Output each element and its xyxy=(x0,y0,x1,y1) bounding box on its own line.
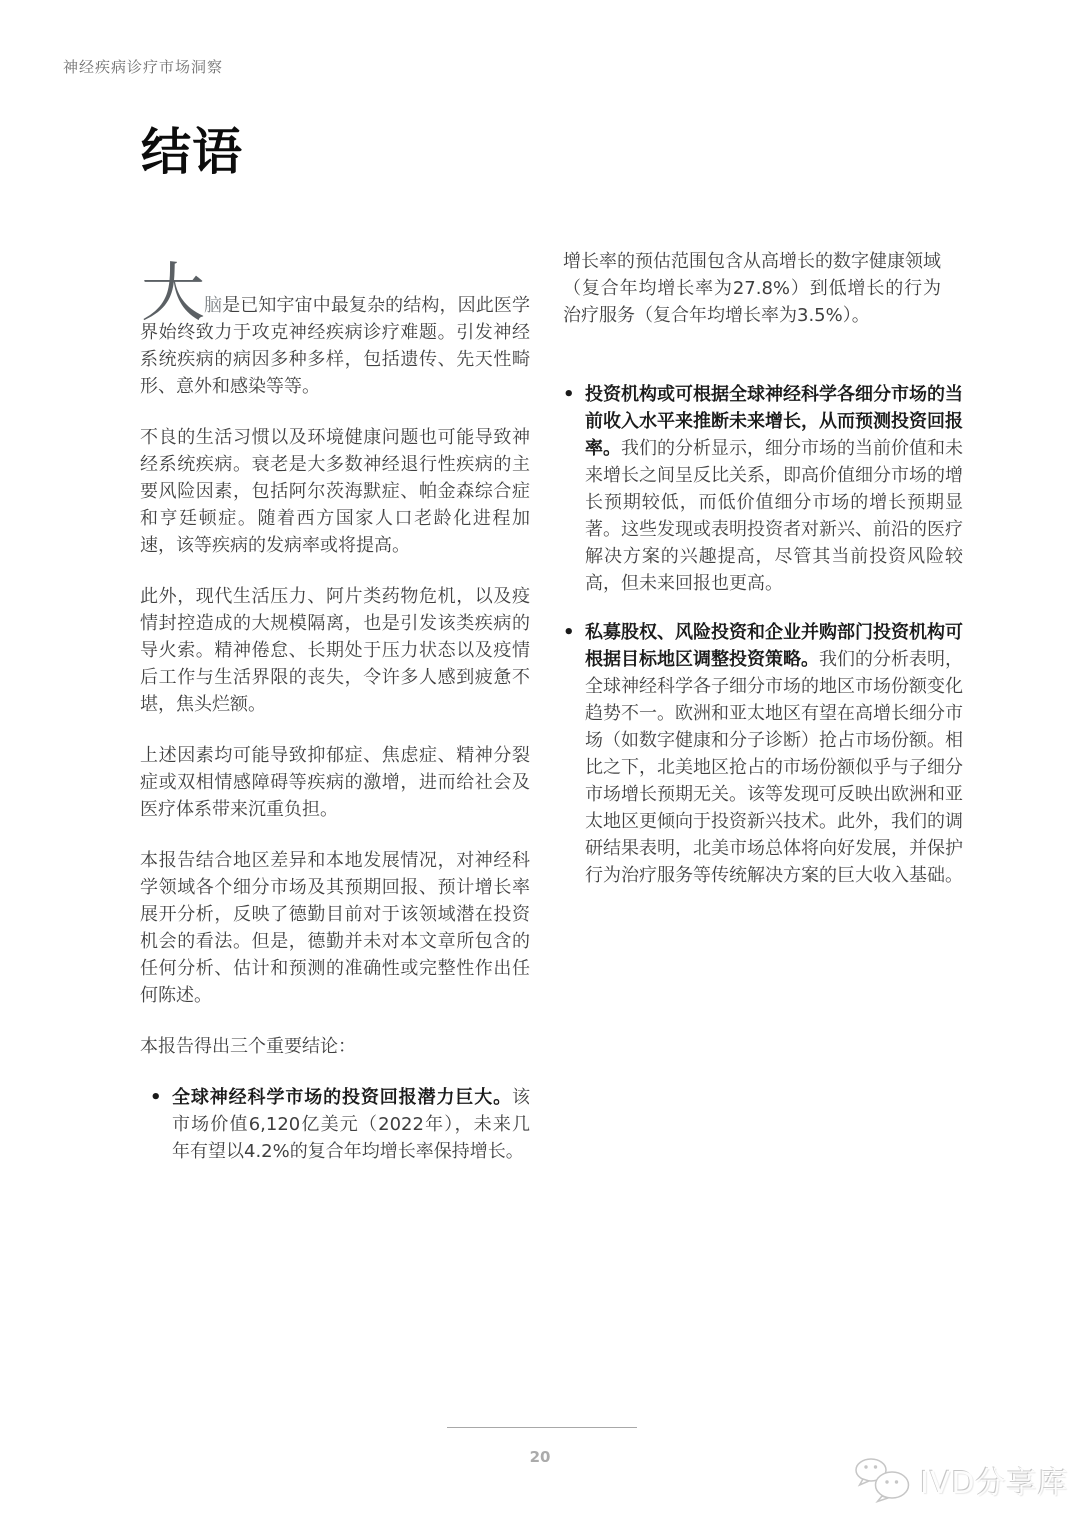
paragraph: 此外，现代生活压力、阿片类药物危机，以及疫情封控造成的大规模隔离，也是引发该类疾… xyxy=(140,583,530,718)
bullet-marker: • xyxy=(563,619,575,646)
left-column: 脑是已知宇宙中最复杂的结构，因此医学界始终致力于攻克神经疾病诊疗难题。引发神经系… xyxy=(140,292,530,1165)
conclusion-bullet-1: • 全球神经科学市场的投资回报潜力巨大。该市场价值6,120亿美元（2022年）… xyxy=(140,1084,530,1165)
paragraph: 上述因素均可能导致抑郁症、焦虑症、精神分裂症或双相情感障碍等疾病的激增，进而给社… xyxy=(140,742,530,823)
bullet-bold-lead: 全球神经科学市场的投资回报潜力巨大。 xyxy=(172,1087,512,1108)
bullet-body: 我们的分析显示，细分市场的当前价值和未来增长之间呈反比关系，即高价值细分市场的增… xyxy=(585,438,963,594)
bullet-marker: • xyxy=(563,381,575,408)
right-column: 增长率的预估范围包含从高增长的数字健康领域（复合年均增长率为27.8%）到低增长… xyxy=(563,248,963,889)
running-header: 神经疾病诊疗市场洞察 xyxy=(63,56,223,77)
lead-word: 脑 xyxy=(204,295,222,316)
bullet-body: 我们的分析表明，全球神经科学各子细分市场的地区市场份额变化趋势不一。欧洲和亚太地… xyxy=(585,649,963,886)
bullet-text: 私募股权、风险投资和企业并购部门投资机构可根据目标地区调整投资策略。我们的分析表… xyxy=(585,619,963,889)
paragraph-lead: 脑是已知宇宙中最复杂的结构，因此医学界始终致力于攻克神经疾病诊疗难题。引发神经系… xyxy=(140,292,530,400)
bullet-1-continuation: 增长率的预估范围包含从高增长的数字健康领域（复合年均增长率为27.8%）到低增长… xyxy=(563,248,941,329)
conclusion-bullet-3: • 私募股权、风险投资和企业并购部门投资机构可根据目标地区调整投资策略。我们的分… xyxy=(563,619,963,889)
footer-divider xyxy=(447,1427,637,1428)
bullet-marker: • xyxy=(150,1084,162,1111)
bullet-text: 全球神经科学市场的投资回报潜力巨大。该市场价值6,120亿美元（2022年），未… xyxy=(172,1084,530,1165)
wechat-icon xyxy=(852,1457,912,1503)
paragraph: 本报告结合地区差异和本地发展情况，对神经科学领域各个细分市场及其预期回报、预计增… xyxy=(140,847,530,1009)
conclusion-bullet-2: • 投资机构或可根据全球神经科学各细分市场的当前收入水平来推断未来增长，从而预测… xyxy=(563,381,963,597)
watermark-label: IVD分享库 xyxy=(920,1458,1068,1502)
report-page: 神经疾病诊疗市场洞察 结语 大 脑是已知宇宙中最复杂的结构，因此医学界始终致力于… xyxy=(0,0,1080,1528)
bullet-text: 投资机构或可根据全球神经科学各细分市场的当前收入水平来推断未来增长，从而预测投资… xyxy=(585,381,963,597)
page-number: 20 xyxy=(500,1448,580,1466)
paragraph: 不良的生活习惯以及环境健康问题也可能导致神经系统疾病。衰老是大多数神经退行性疾病… xyxy=(140,424,530,559)
conclusions-intro: 本报告得出三个重要结论： xyxy=(140,1033,530,1060)
page-title: 结语 xyxy=(141,122,243,182)
paragraph-text: 是已知宇宙中最复杂的结构，因此医学界始终致力于攻克神经疾病诊疗难题。引发神经系统… xyxy=(140,295,530,397)
watermark: IVD分享库 xyxy=(852,1452,1068,1508)
